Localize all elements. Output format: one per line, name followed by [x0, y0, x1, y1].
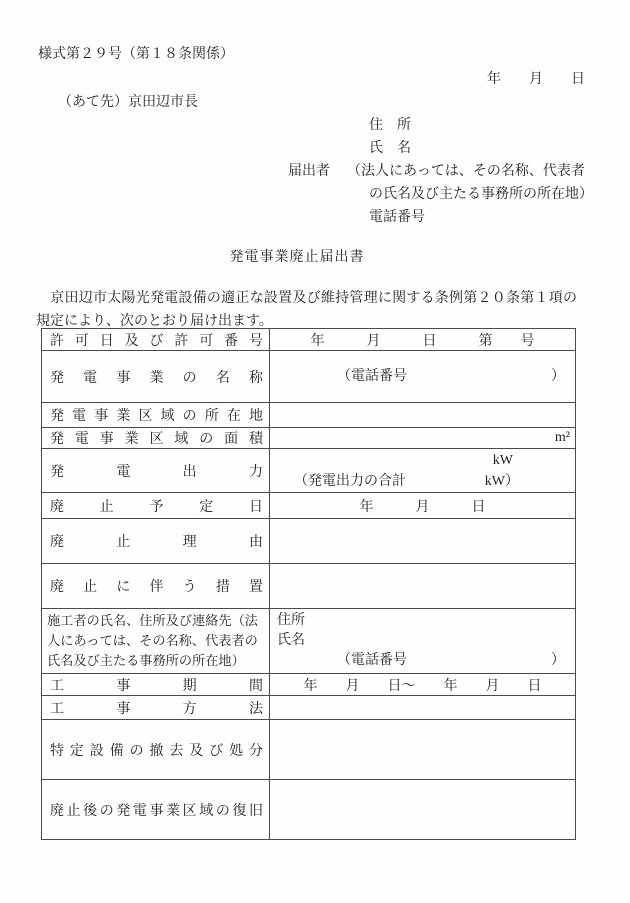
date-line: 年 月 日 — [487, 68, 585, 88]
submitter-phone-label: 電話番号 — [288, 206, 593, 229]
abolition-reason-label: 廃止理由 — [42, 531, 269, 551]
row-site-restoration: 廃止後の発電事業区域の復旧 — [42, 780, 576, 840]
area-location-label: 発電事業区域の所在地 — [42, 405, 269, 425]
row-permit: 許可日及び許可番号 年 月 日 第 号 — [42, 329, 576, 351]
document-title: 発電事業廃止届出書 — [0, 246, 594, 266]
row-area-location: 発電事業区域の所在地 — [42, 403, 576, 428]
equipment-removal-label: 特定設備の撤去及び処分 — [42, 740, 269, 760]
form-number: 様式第２９号（第１８条関係） — [38, 43, 234, 63]
abolition-measures-label: 廃止に伴う措置 — [42, 576, 269, 596]
submitter-block: 住 所 氏 名 届出者（法人にあっては、その名称、代表者 の氏名及び主たる事務所… — [288, 114, 593, 229]
abolition-date-label: 廃止予定日 — [42, 496, 269, 516]
contractor-phone-label: （電話番号 — [337, 651, 407, 671]
submitter-address-label: 住 所 — [288, 114, 593, 137]
business-phone-close: ） — [551, 365, 565, 385]
construction-period-value: 年 月 日～ 年 月 日 — [270, 675, 575, 695]
output-total-unit: kW） — [485, 471, 519, 492]
output-unit: kW — [270, 450, 575, 471]
intro-paragraph: 京田辺市太陽光発電設備の適正な設置及び維持管理に関する条例第２０条第１項の規定に… — [36, 287, 577, 333]
area-location-field — [270, 403, 576, 428]
construction-period-label: 工事期間 — [42, 675, 269, 695]
contractor-address-label: 住所 — [277, 611, 565, 631]
business-phone-label: （電話番号 — [337, 365, 407, 385]
document-page: 様式第２９号（第１８条関係） 年 月 日 （あて先）京田辺市長 住 所 氏 名 … — [0, 0, 630, 903]
permit-value: 年 月 日 第 号 — [270, 330, 575, 350]
site-restoration-label: 廃止後の発電事業区域の復旧 — [42, 800, 269, 820]
row-output: 発電出力 kW （発電出力の合計kW） — [42, 449, 576, 493]
abolition-date-value: 年 月 日 — [270, 496, 575, 516]
submitter-role-line: 届出者（法人にあっては、その名称、代表者 — [288, 160, 593, 183]
abolition-reason-field — [270, 519, 576, 564]
addressee: （あて先）京田辺市長 — [58, 91, 198, 111]
equipment-removal-field — [270, 720, 576, 780]
contractor-field: 住所 氏名 （電話番号） — [270, 609, 576, 674]
output-total-label: （発電出力の合計 — [294, 471, 406, 492]
row-contractor: 施工者の氏名、住所及び連絡先（法 人にあっては、その名称、代表者の 氏名及び主た… — [42, 609, 576, 674]
row-abolition-date: 廃止予定日 年 月 日 — [42, 493, 576, 519]
corporate-note-line2: の氏名及び主たる事務所の所在地） — [288, 183, 593, 206]
row-construction-method: 工事方法 — [42, 696, 576, 720]
abolition-measures-field — [270, 564, 576, 609]
row-equipment-removal: 特定設備の撤去及び処分 — [42, 720, 576, 780]
permit-label: 許可日及び許可番号 — [42, 330, 269, 350]
area-size-label: 発電事業区域の面積 — [42, 428, 269, 448]
business-name-label: 発電事業の名称 — [42, 367, 269, 387]
business-name-field: （電話番号） — [270, 351, 576, 403]
site-restoration-field — [270, 780, 576, 840]
row-abolition-measures: 廃止に伴う措置 — [42, 564, 576, 609]
construction-method-field — [270, 696, 576, 720]
row-abolition-reason: 廃止理由 — [42, 519, 576, 564]
row-construction-period: 工事期間 年 月 日～ 年 月 日 — [42, 674, 576, 696]
contractor-name-label: 氏名 — [277, 631, 565, 651]
output-label: 発電出力 — [42, 461, 269, 481]
application-table: 許可日及び許可番号 年 月 日 第 号 発電事業の名称 （電話番号） 発電事業区… — [41, 328, 576, 840]
row-area-size: 発電事業区域の面積 m² — [42, 428, 576, 449]
contractor-phone-close: ） — [551, 651, 565, 671]
area-size-unit: m² — [270, 430, 575, 446]
submitter-name-label: 氏 名 — [288, 137, 593, 160]
corporate-note-line1: （法人にあっては、その名称、代表者 — [347, 164, 585, 179]
area-size-field: m² — [270, 428, 576, 449]
construction-method-label: 工事方法 — [42, 698, 269, 718]
contractor-label: 施工者の氏名、住所及び連絡先（法 人にあっては、その名称、代表者の 氏名及び主た… — [42, 611, 269, 671]
output-field: kW （発電出力の合計kW） — [270, 449, 576, 493]
submitter-role-label: 届出者 — [288, 164, 330, 179]
row-business-name: 発電事業の名称 （電話番号） — [42, 351, 576, 403]
